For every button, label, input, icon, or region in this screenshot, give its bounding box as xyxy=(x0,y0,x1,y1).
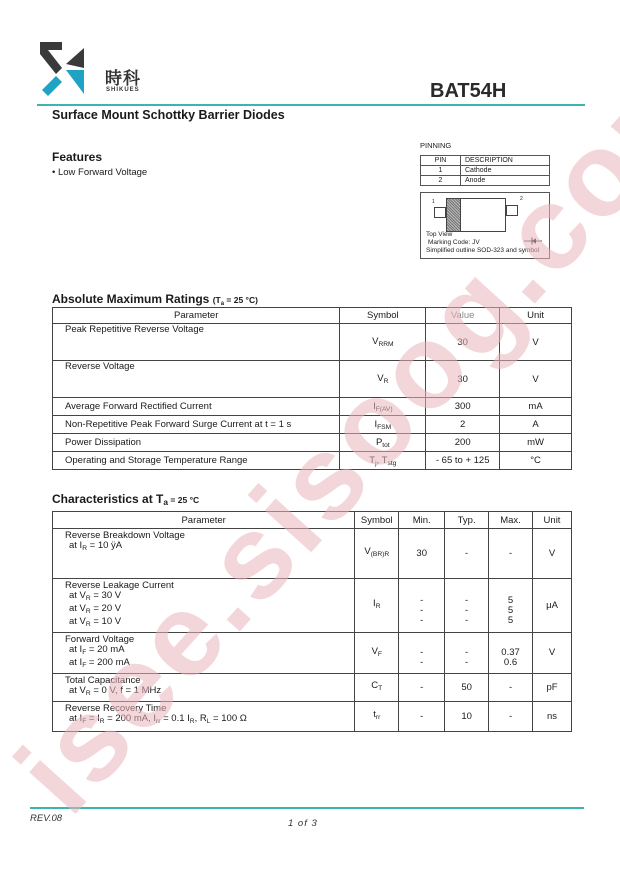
parameter-condition: at VR = 10 V xyxy=(65,617,354,630)
symbol-header: Symbol xyxy=(340,308,426,324)
value-header: Value xyxy=(426,308,500,324)
unit-cell: mW xyxy=(500,434,572,452)
parameter-cell: Average Forward Rectified Current xyxy=(53,398,340,416)
package-lead-left xyxy=(434,207,446,218)
parameter-cell: Reverse Voltage xyxy=(53,361,340,398)
table-row: 2 Anode xyxy=(421,176,550,186)
package-diagram: 1 2 Top View Marking Code: JV Simplified… xyxy=(420,192,550,259)
max-cell: - xyxy=(489,702,533,732)
symbol-cell: Ptot xyxy=(340,434,426,452)
max-value: - xyxy=(489,683,532,693)
typ-cell: 10 xyxy=(445,702,489,732)
pin-description: Cathode xyxy=(461,166,550,176)
typ-value: 50 xyxy=(445,683,488,693)
package-body xyxy=(446,198,506,232)
symbol-cell: IFSM xyxy=(340,416,426,434)
package-lead-right xyxy=(506,205,518,216)
typ-cell: --- xyxy=(445,579,489,633)
min-cell: --- xyxy=(399,579,445,633)
unit-cell: V xyxy=(533,529,572,579)
max-value: 5 xyxy=(489,616,532,626)
min-header: Min. xyxy=(399,512,445,529)
parameter-cell: Reverse Breakdown Voltageat IR = 10 ÿA xyxy=(53,529,355,579)
footer-divider xyxy=(30,807,584,809)
characteristics-table: Parameter Symbol Min. Typ. Max. Unit Rev… xyxy=(52,511,572,732)
table-row: Operating and Storage Temperature RangeT… xyxy=(53,452,572,470)
symbol-cell: VR xyxy=(340,361,426,398)
symbol-subscript: F(AV) xyxy=(376,406,393,413)
subscript: F xyxy=(82,662,86,669)
subscript: R xyxy=(86,608,91,615)
parameter-condition: at IF = IR = 200 mA, Irr = 0.1 IR, RL = … xyxy=(65,714,354,727)
symbol-subscript: FSM xyxy=(377,424,391,431)
typ-cell: 50 xyxy=(445,674,489,702)
max-value: 5 xyxy=(489,596,532,606)
cond-suffix: = 25 °C) xyxy=(224,295,258,305)
min-cell: -- xyxy=(399,633,445,674)
subscript: R xyxy=(190,718,195,725)
abs-max-condition: (Ta = 25 °C) xyxy=(213,295,258,305)
characteristics-title: Characteristics at T xyxy=(52,492,163,506)
table-row: Total Capacitanceat VR = 0 V, f = 1 MHzC… xyxy=(53,674,572,702)
unit-cell: V xyxy=(533,633,572,674)
symbol-subscript: R xyxy=(384,378,389,385)
title-suffix: = 25 °C xyxy=(168,495,199,505)
top-view-label: Top View xyxy=(426,231,452,239)
pin-description: Anode xyxy=(461,176,550,186)
min-value: - xyxy=(399,606,444,616)
pinning-heading: PINNING xyxy=(420,141,451,150)
table-row: Forward Voltageat IF = 20 mAat IF = 200 … xyxy=(53,633,572,674)
symbol-subscript: RRM xyxy=(378,341,393,348)
abs-max-heading: Absolute Maximum Ratings (Ta = 25 °C) xyxy=(52,292,258,307)
max-cell: - xyxy=(489,529,533,579)
subscript: R xyxy=(82,545,87,552)
parameter-cell: Operating and Storage Temperature Range xyxy=(53,452,340,470)
subscript: L xyxy=(207,718,211,725)
symbol-subscript: rr xyxy=(376,714,380,721)
value-cell: - 65 to + 125 xyxy=(426,452,500,470)
parameter-cell: Peak Repetitive Reverse Voltage xyxy=(53,324,340,361)
value-cell: 2 xyxy=(426,416,500,434)
outline-label: Simplified outline SOD-323 and symbol xyxy=(426,247,539,255)
parameter-cell: Forward Voltageat IF = 20 mAat IF = 200 … xyxy=(53,633,355,674)
symbol-cell: VRRM xyxy=(340,324,426,361)
symbol-main: , T xyxy=(377,455,388,466)
characteristics-heading: Characteristics at Ta = 25 °C xyxy=(52,492,199,507)
pin-number: 2 xyxy=(421,176,461,186)
value-cell: 30 xyxy=(426,324,500,361)
symbol-cell: trr xyxy=(355,702,399,732)
subscript: rr xyxy=(156,718,160,725)
unit-cell: A xyxy=(500,416,572,434)
subscript: R xyxy=(100,718,105,725)
min-cell: - xyxy=(399,674,445,702)
page-number: 1 of 3 xyxy=(288,818,318,829)
symbol-cell: IR xyxy=(355,579,399,633)
min-value: - xyxy=(399,683,444,693)
typ-value: - xyxy=(445,658,488,668)
min-value: - xyxy=(399,712,444,722)
symbol-subscript: R xyxy=(376,603,381,610)
pin-header: PIN xyxy=(421,156,461,166)
pin2-label: 2 xyxy=(520,196,523,202)
symbol-subscript: T xyxy=(378,685,382,692)
parameter-cell: Total Capacitanceat VR = 0 V, f = 1 MHz xyxy=(53,674,355,702)
subscript: R xyxy=(86,621,91,628)
min-value: 30 xyxy=(399,549,444,559)
unit-cell: pF xyxy=(533,674,572,702)
symbol-cell: Tj, Tstg xyxy=(340,452,426,470)
cathode-band xyxy=(447,199,461,231)
symbol-cell: V(BR)R xyxy=(355,529,399,579)
abs-max-title: Absolute Maximum Ratings xyxy=(52,292,209,306)
parameter-cell: Reverse Leakage Currentat VR = 30 Vat VR… xyxy=(53,579,355,633)
min-value: - xyxy=(399,658,444,668)
typ-value: - xyxy=(445,549,488,559)
value-cell: 30 xyxy=(426,361,500,398)
unit-cell: μA xyxy=(533,579,572,633)
unit-cell: °C xyxy=(500,452,572,470)
company-logo-icon xyxy=(36,40,96,96)
parameter-cell: Non-Repetitive Peak Forward Surge Curren… xyxy=(53,416,340,434)
max-value: - xyxy=(489,549,532,559)
table-header-row: Parameter Symbol Min. Typ. Max. Unit xyxy=(53,512,572,529)
diode-symbol-icon xyxy=(524,237,542,245)
subscript: F xyxy=(82,718,86,725)
max-cell: - xyxy=(489,674,533,702)
unit-header: Unit xyxy=(533,512,572,529)
max-header: Max. xyxy=(489,512,533,529)
table-row: Average Forward Rectified CurrentIF(AV)3… xyxy=(53,398,572,416)
symbol-cell: CT xyxy=(355,674,399,702)
table-row: Reverse Breakdown Voltageat IR = 10 ÿAV(… xyxy=(53,529,572,579)
description-header: DESCRIPTION xyxy=(461,156,550,166)
subscript: F xyxy=(82,649,86,656)
typ-value: 10 xyxy=(445,712,488,722)
max-value: 5 xyxy=(489,606,532,616)
header-divider xyxy=(37,104,585,106)
symbol-subscript: stg xyxy=(388,460,397,467)
pinning-table: PIN DESCRIPTION 1 Cathode 2 Anode xyxy=(420,155,550,186)
max-cell: 0.370.6 xyxy=(489,633,533,674)
max-value: 0.6 xyxy=(489,658,532,668)
pinning-table-header: PIN DESCRIPTION xyxy=(421,156,550,166)
unit-cell: mA xyxy=(500,398,572,416)
parameter-header: Parameter xyxy=(53,512,355,529)
typ-value: - xyxy=(445,606,488,616)
typ-header: Typ. xyxy=(445,512,489,529)
symbol-subscript: F xyxy=(378,651,382,658)
value-cell: 200 xyxy=(426,434,500,452)
brand-name-english: SHIKUES xyxy=(106,87,140,93)
table-row: Power DissipationPtot200mW xyxy=(53,434,572,452)
parameter-condition: at IR = 10 ÿA xyxy=(65,541,354,554)
min-value: - xyxy=(399,596,444,606)
unit-cell: V xyxy=(500,361,572,398)
marking-code-label: Marking Code: JV xyxy=(428,239,480,247)
pin1-label: 1 xyxy=(432,199,435,205)
parameter-header: Parameter xyxy=(53,308,340,324)
typ-value: - xyxy=(445,596,488,606)
brand-name-chinese: 時科 xyxy=(105,64,141,89)
symbol-header: Symbol xyxy=(355,512,399,529)
min-cell: - xyxy=(399,702,445,732)
revision-label: REV.08 xyxy=(30,813,62,824)
table-row: Reverse Recovery Timeat IF = IR = 200 mA… xyxy=(53,702,572,732)
unit-header: Unit xyxy=(500,308,572,324)
absolute-maximum-ratings-table: Parameter Symbol Value Unit Peak Repetit… xyxy=(52,307,572,470)
parameter-cell: Reverse Recovery Timeat IF = IR = 200 mA… xyxy=(53,702,355,732)
subscript: R xyxy=(86,690,91,697)
parameter-cell: Power Dissipation xyxy=(53,434,340,452)
table-row: Reverse Leakage Currentat VR = 30 Vat VR… xyxy=(53,579,572,633)
part-number: BAT54H xyxy=(430,80,506,103)
subscript: R xyxy=(86,595,91,602)
symbol-cell: IF(AV) xyxy=(340,398,426,416)
table-row: 1 Cathode xyxy=(421,166,550,176)
typ-value: - xyxy=(445,616,488,626)
pin-number: 1 xyxy=(421,166,461,176)
unit-cell: V xyxy=(500,324,572,361)
unit-cell: ns xyxy=(533,702,572,732)
document-subtitle: Surface Mount Schottky Barrier Diodes xyxy=(52,108,285,122)
symbol-cell: VF xyxy=(355,633,399,674)
typ-cell: - xyxy=(445,529,489,579)
table-row: Reverse VoltageVR30V xyxy=(53,361,572,398)
max-value: - xyxy=(489,712,532,722)
feature-item: • Low Forward Voltage xyxy=(52,167,147,178)
symbol-subscript: (BR)R xyxy=(371,551,389,558)
max-cell: 555 xyxy=(489,579,533,633)
parameter-condition: at VR = 0 V, f = 1 MHz xyxy=(65,686,354,699)
min-value: - xyxy=(399,616,444,626)
min-cell: 30 xyxy=(399,529,445,579)
table-row: Peak Repetitive Reverse VoltageVRRM30V xyxy=(53,324,572,361)
symbol-subscript: tot xyxy=(382,442,389,449)
value-cell: 300 xyxy=(426,398,500,416)
table-header-row: Parameter Symbol Value Unit xyxy=(53,308,572,324)
table-row: Non-Repetitive Peak Forward Surge Curren… xyxy=(53,416,572,434)
parameter-condition: at IF = 200 mA xyxy=(65,658,354,671)
features-heading: Features xyxy=(52,150,102,164)
typ-cell: -- xyxy=(445,633,489,674)
cond-prefix: (T xyxy=(213,295,221,305)
